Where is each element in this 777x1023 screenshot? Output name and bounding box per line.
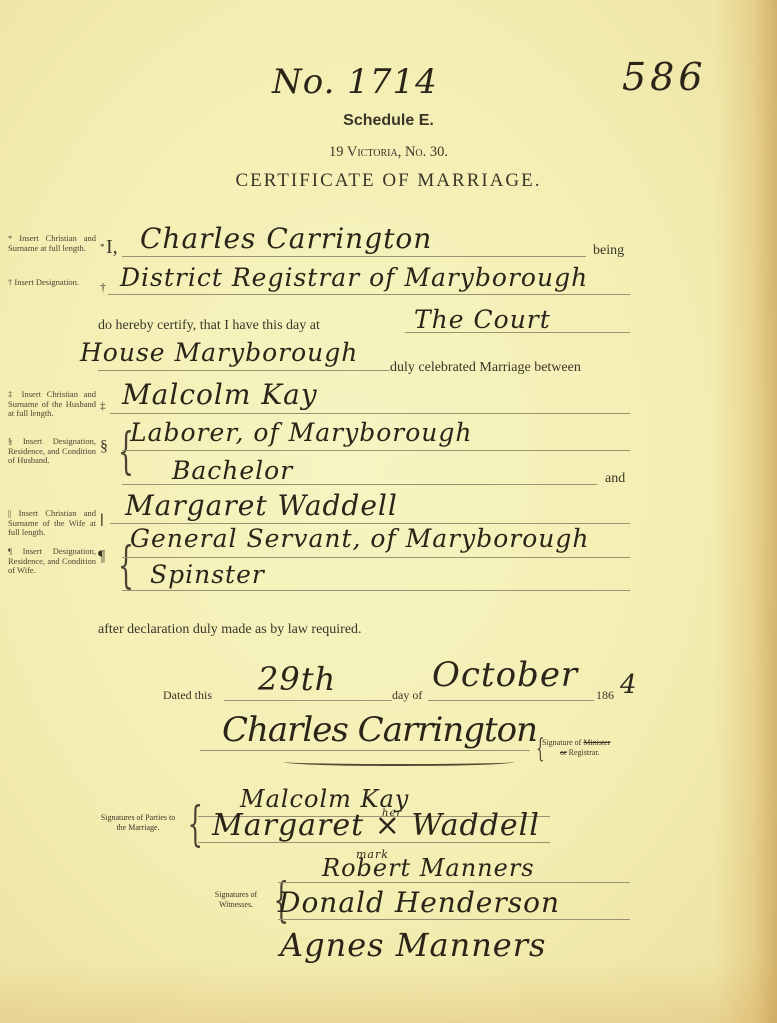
place-line-2 — [98, 370, 390, 371]
certificate-page: No. 1714 586 Schedule E. 19 Victoria, No… — [0, 0, 777, 1023]
margin-note-wife-details: ¶ Insert Designation, Residence, and Con… — [8, 547, 96, 576]
witness-1-signature: Robert Manners — [322, 854, 535, 882]
officiant-designation-line — [108, 294, 630, 295]
certificate-number: No. 1714 — [272, 62, 438, 102]
officiant-name-line — [122, 256, 586, 257]
year-prefix: 186 — [596, 688, 614, 703]
day-entry: 29th — [258, 660, 336, 698]
wife-signature: Margaret × Waddell — [212, 808, 540, 843]
husband-details-entry-2: Bachelor — [172, 456, 293, 485]
margin-note-officiant-name: * Insert Christian and Surname at full l… — [8, 234, 96, 253]
parties-signatures-label: Signatures of Parties to the Marriage. — [96, 813, 180, 833]
margin-note-husband-name: ‡ Insert Christian and Surname of the Hu… — [8, 390, 96, 419]
page-number: 586 — [622, 55, 707, 99]
and-label: and — [605, 471, 625, 487]
i-label: I, — [106, 236, 118, 259]
certify-text: do hereby certify, that I have this day … — [98, 318, 320, 334]
act-reference: 19 Victoria, No. 30. — [0, 144, 777, 161]
husband-details-entry-1: Laborer, of Maryborough — [130, 418, 473, 447]
wife-details-entry-2: Spinster — [150, 560, 265, 589]
place-entry-line-1: The Court — [414, 305, 551, 334]
parties-brace: { — [188, 800, 203, 848]
day-line — [224, 700, 392, 701]
section-symbol: § — [100, 438, 108, 456]
month-entry: October — [432, 655, 578, 695]
officiant-signature: Charles Carrington — [222, 710, 537, 750]
parallel-symbol: || — [100, 512, 102, 528]
dagger-symbol: † — [100, 280, 106, 295]
signature-label-suffix: Registrar. — [569, 748, 600, 757]
page-title: CERTIFICATE OF MARRIAGE. — [0, 170, 777, 192]
witness-1-line — [278, 882, 630, 883]
declaration-text: after declaration duly made as by law re… — [98, 622, 362, 638]
ddagger-symbol: ‡ — [100, 400, 106, 412]
margin-note-officiant-designation: † Insert Designation. — [8, 278, 96, 288]
officiant-designation-entry: District Registrar of Maryborough — [120, 263, 588, 292]
pilcrow-symbol: ¶ — [98, 548, 105, 566]
witness-2-line — [278, 919, 630, 920]
officiant-signature-line — [200, 750, 530, 751]
witness-2-signature: Donald Henderson — [278, 886, 560, 919]
husband-details-line-1 — [122, 450, 630, 451]
wife-details-line-2 — [122, 590, 630, 591]
margin-note-wife-name: || Insert Christian and Surname of the W… — [8, 509, 96, 538]
signature-flourish — [284, 758, 514, 766]
husband-name-entry: Malcolm Kay — [122, 378, 318, 411]
signature-label-prefix: Signature of — [542, 738, 581, 747]
place-entry-line-2: House Maryborough — [80, 338, 358, 367]
day-of-label: day of — [392, 688, 422, 703]
witness-3-signature: Agnes Manners — [280, 926, 546, 964]
month-line — [428, 700, 594, 701]
wife-details-line-1 — [122, 557, 630, 558]
celebrated-text: duly celebrated Marriage between — [390, 360, 581, 376]
wife-details-entry-1: General Servant, of Maryborough — [130, 524, 590, 553]
struck-minister: Minister — [583, 738, 610, 747]
officiant-signature-label: Signature of Minister or Registrar. — [542, 738, 610, 758]
wife-name-entry: Margaret Waddell — [125, 489, 398, 522]
husband-name-line — [110, 413, 630, 414]
witnesses-signatures-label: Signatures of Witnesses. — [204, 890, 268, 910]
schedule-label: Schedule E. — [0, 112, 777, 130]
year-entry: 4 — [620, 670, 638, 700]
dated-label: Dated this — [163, 688, 212, 703]
struck-or: or — [542, 748, 567, 757]
margin-note-husband-details: § Insert Designation, Residence, and Con… — [8, 437, 96, 466]
being-label: being — [593, 243, 624, 259]
officiant-name-entry: Charles Carrington — [140, 222, 432, 255]
star-symbol: * — [100, 242, 105, 252]
